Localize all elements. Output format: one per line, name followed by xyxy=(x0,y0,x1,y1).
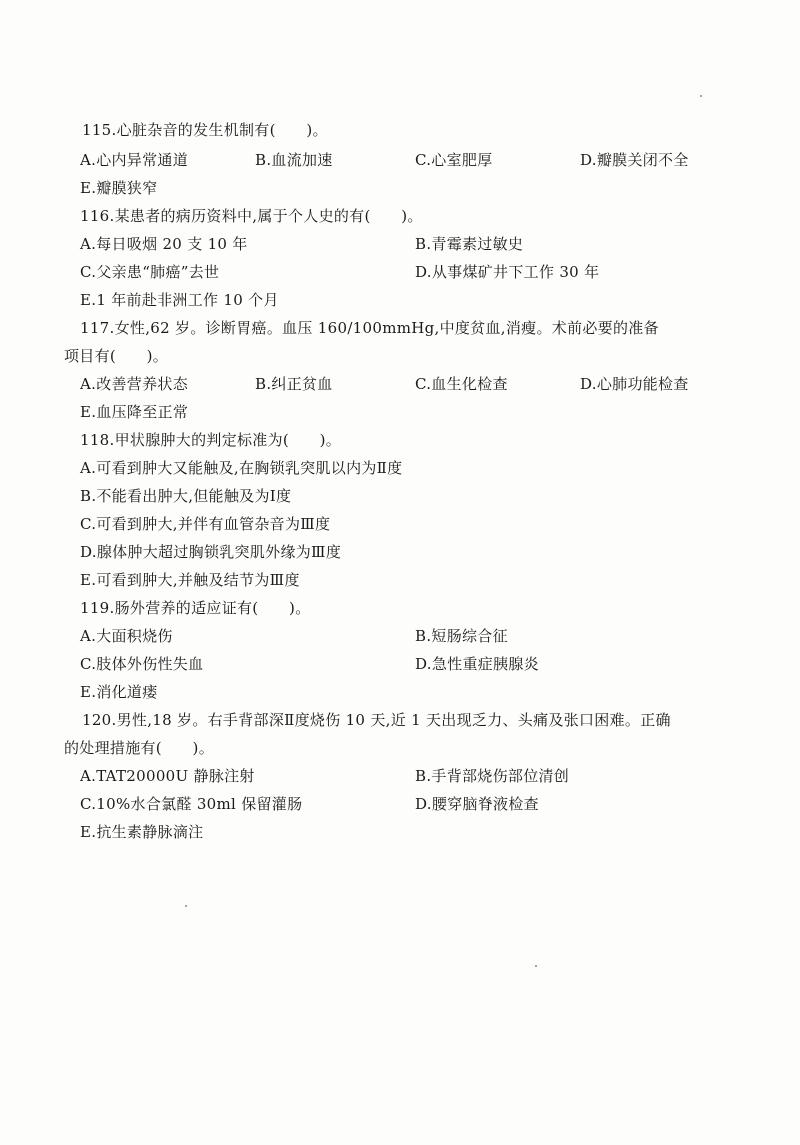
option-b: B.青霉素过敏史 xyxy=(415,234,523,254)
option-c: C.肢体外伤性失血 xyxy=(80,654,203,674)
option-a: A.大面积烧伤 xyxy=(80,626,173,646)
question-stem: 119.肠外营养的适应证有( )。 xyxy=(80,598,311,618)
option-d: D.从事煤矿井下工作 30 年 xyxy=(415,262,599,282)
option-a: A.改善营养状态 xyxy=(80,374,188,394)
exam-page: 115.心脏杂音的发生机制有( )。 A.心内异常通道 B.血流加速 C.心室肥… xyxy=(0,0,800,1145)
option-b: B.纠正贫血 xyxy=(255,374,333,394)
option-e: E.1 年前赴非洲工作 10 个月 xyxy=(80,290,279,310)
option-b: B.手背部烧伤部位清创 xyxy=(415,766,569,786)
question-stem-line1: 117.女性,62 岁。诊断胃癌。血压 160/100mmHg,中度贫血,消瘦。… xyxy=(80,318,659,338)
question-stem-line1: 120.男性,18 岁。右手背部深Ⅱ度烧伤 10 天,近 1 天出现乏力、头痛及… xyxy=(82,710,671,730)
option-b: B.不能看出肿大,但能触及为Ⅰ度 xyxy=(80,486,291,506)
option-b: B.短肠综合征 xyxy=(415,626,508,646)
option-c: C.血生化检查 xyxy=(415,374,508,394)
option-d: D.心肺功能检查 xyxy=(580,374,689,394)
option-e: E.瓣膜狭窄 xyxy=(80,178,158,198)
option-d: D.腺体肿大超过胸锁乳突肌外缘为Ⅲ度 xyxy=(80,542,341,562)
option-c: C.10%水合氯醛 30ml 保留灌肠 xyxy=(80,794,302,814)
scan-speck xyxy=(700,95,702,97)
question-stem-line2: 项目有( )。 xyxy=(64,346,168,366)
option-b: B.血流加速 xyxy=(255,150,333,170)
option-d: D.腰穿脑脊液检查 xyxy=(415,794,539,814)
option-a: A.每日吸烟 20 支 10 年 xyxy=(80,234,248,254)
question-stem: 115.心脏杂音的发生机制有( )。 xyxy=(82,120,328,140)
option-e: E.抗生素静脉滴注 xyxy=(80,822,203,842)
option-c: C.心室肥厚 xyxy=(415,150,493,170)
question-stem-line2: 的处理措施有( )。 xyxy=(64,738,214,758)
option-c: C.父亲患“肺癌”去世 xyxy=(80,262,219,282)
option-e: E.可看到肿大,并触及结节为Ⅲ度 xyxy=(80,570,300,590)
question-stem: 118.甲状腺肿大的判定标准为( )。 xyxy=(80,430,341,450)
question-stem: 116.某患者的病历资料中,属于个人史的有( )。 xyxy=(80,206,423,226)
scan-speck xyxy=(535,965,537,967)
option-d: D.急性重症胰腺炎 xyxy=(415,654,539,674)
option-a: A.心内异常通道 xyxy=(80,150,188,170)
scan-speck xyxy=(185,905,187,907)
option-a: A.TAT20000U 静脉注射 xyxy=(80,766,255,786)
option-a: A.可看到肿大又能触及,在胸锁乳突肌以内为Ⅱ度 xyxy=(80,458,402,478)
option-e: E.消化道瘘 xyxy=(80,682,158,702)
option-d: D.瓣膜关闭不全 xyxy=(580,150,689,170)
option-c: C.可看到肿大,并伴有血管杂音为Ⅲ度 xyxy=(80,514,330,534)
option-e: E.血压降至正常 xyxy=(80,402,188,422)
